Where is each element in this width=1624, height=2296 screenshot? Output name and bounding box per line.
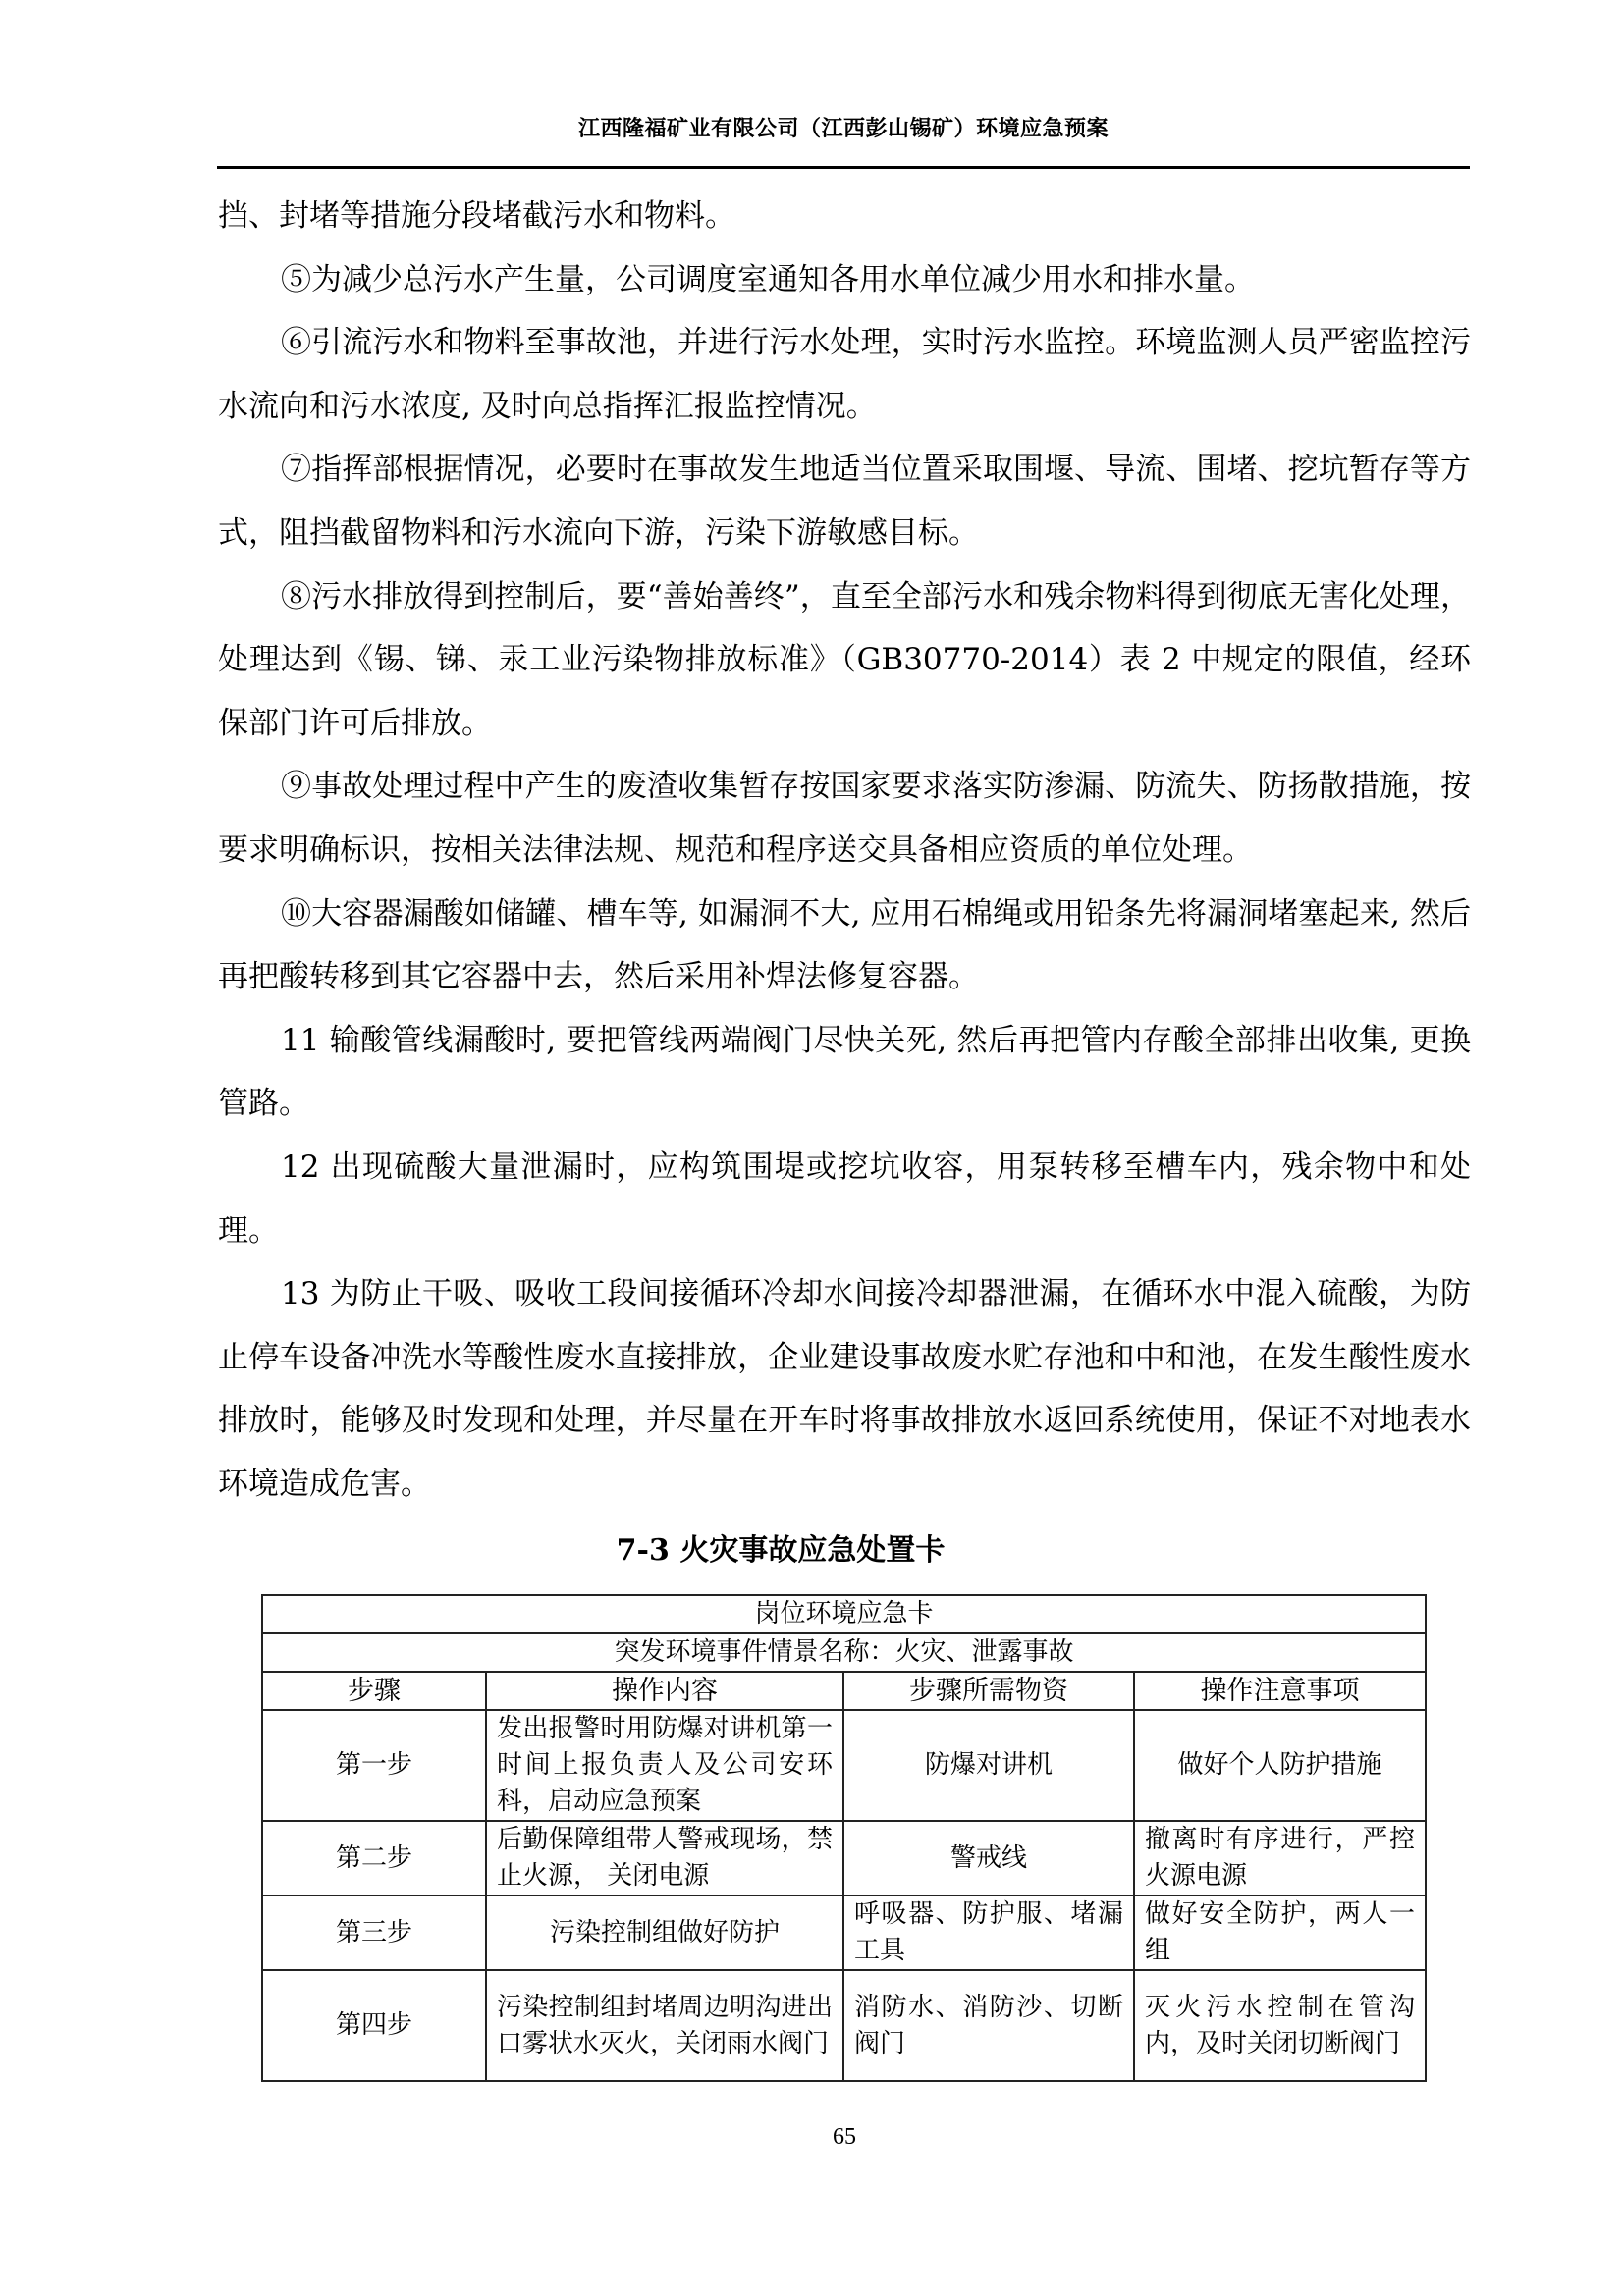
table-row: 第一步 发出报警时用防爆对讲机第一时间上报负责人及公司安环科，启动应急预案 防爆… (262, 1710, 1426, 1821)
notes-cell: 灭火污水控制在管沟内，及时关闭切断阀门 (1134, 1970, 1426, 2081)
step-cell: 第四步 (262, 1970, 486, 2081)
card-title-row: 岗位环境应急卡 (262, 1595, 1426, 1633)
header-rule (217, 166, 1470, 169)
paragraph-item-5: ⑤为减少总污水产生量，公司调度室通知各用水单位减少用水和排水量。 (218, 248, 1471, 312)
materials-cell: 消防水、消防沙、切断阀门 (843, 1970, 1134, 2081)
table-row: 第四步 污染控制组封堵周边明沟进出口雾状水灭火，关闭雨水阀门 消防水、消防沙、切… (262, 1970, 1426, 2081)
column-header-action: 操作内容 (486, 1672, 843, 1710)
action-cell: 污染控制组封堵周边明沟进出口雾状水灭火，关闭雨水阀门 (486, 1970, 843, 2081)
step-cell: 第二步 (262, 1821, 486, 1896)
paragraph-item-8: ⑧污水排放得到控制后，要“善始善终”，直至全部污水和残余物料得到彻底无害化处理，… (218, 565, 1471, 756)
paragraph-item-12: 12 出现硫酸大量泄漏时，应构筑围堤或挖坑收容，用泵转移至槽车内，残余物中和处理… (218, 1136, 1471, 1262)
action-cell: 污染控制组做好防护 (486, 1896, 843, 1970)
body-text: 挡、封堵等措施分段堵截污水和物料。 ⑤为减少总污水产生量，公司调度室通知各用水单… (218, 185, 1471, 1516)
step-cell: 第一步 (262, 1710, 486, 1821)
paragraph-item-13: 13 为防止干吸、吸收工段间接循环冷却水间接冷却器泄漏，在循环水中混入硫酸，为防… (218, 1262, 1471, 1516)
materials-cell: 警戒线 (843, 1821, 1134, 1896)
paragraph-item-6: ⑥引流污水和物料至事故池，并进行污水处理，实时污水监控。环境监测人员严密监控污水… (218, 311, 1471, 438)
materials-cell: 防爆对讲机 (843, 1710, 1134, 1821)
card-scene-row: 突发环境事件情景名称：火灾、泄露事故 (262, 1633, 1426, 1672)
emergency-card-table: 岗位环境应急卡 突发环境事件情景名称：火灾、泄露事故 步骤 操作内容 步骤所需物… (261, 1594, 1427, 2082)
paragraph-item-9: ⑨事故处理过程中产生的废渣收集暂存按国家要求落实防渗漏、防流失、防扬散措施，按要… (218, 755, 1471, 881)
page-header-title: 江西隆福矿业有限公司（江西彭山锡矿）环境应急预案 (217, 110, 1470, 149)
paragraph-item-11: 11 输酸管线漏酸时, 要把管线两端阀门尽快关死, 然后再把管内存酸全部排出收集… (218, 1009, 1471, 1136)
materials-cell: 呼吸器、防护服、堵漏工具 (843, 1896, 1134, 1970)
step-cell: 第三步 (262, 1896, 486, 1970)
paragraph-continuation: 挡、封堵等措施分段堵截污水和物料。 (218, 185, 1471, 248)
column-header-step: 步骤 (262, 1672, 486, 1710)
page-number: 65 (218, 2122, 1471, 2152)
notes-cell: 做好个人防护措施 (1134, 1710, 1426, 1821)
notes-cell: 做好安全防护，两人一组 (1134, 1896, 1426, 1970)
paragraph-item-7: ⑦指挥部根据情况，必要时在事故发生地适当位置采取围堰、导流、围堵、挖坑暂存等方式… (218, 438, 1471, 564)
column-header-notes: 操作注意事项 (1134, 1672, 1426, 1710)
card-title: 岗位环境应急卡 (262, 1595, 1426, 1633)
table-header-row: 步骤 操作内容 步骤所需物资 操作注意事项 (262, 1672, 1426, 1710)
card-scene-name: 突发环境事件情景名称：火灾、泄露事故 (262, 1633, 1426, 1672)
notes-cell: 撤离时有序进行，严控火源电源 (1134, 1821, 1426, 1896)
action-cell: 发出报警时用防爆对讲机第一时间上报负责人及公司安环科，启动应急预案 (486, 1710, 843, 1821)
table-caption-text: 7-3 火灾事故应急处置卡 (617, 1529, 946, 1573)
paragraph-item-10: ⑩大容器漏酸如储罐、槽车等, 如漏洞不大, 应用石棉绳或用铅条先将漏洞堵塞起来,… (218, 882, 1471, 1009)
action-cell: 后勤保障组带人警戒现场，禁止火源， 关闭电源 (486, 1821, 843, 1896)
table-caption: 7-3 火灾事故应急处置卡 (218, 1529, 1471, 1573)
table-row: 第二步 后勤保障组带人警戒现场，禁止火源， 关闭电源 警戒线 撤离时有序进行，严… (262, 1821, 1426, 1896)
table-row: 第三步 污染控制组做好防护 呼吸器、防护服、堵漏工具 做好安全防护，两人一组 (262, 1896, 1426, 1970)
column-header-materials: 步骤所需物资 (843, 1672, 1134, 1710)
